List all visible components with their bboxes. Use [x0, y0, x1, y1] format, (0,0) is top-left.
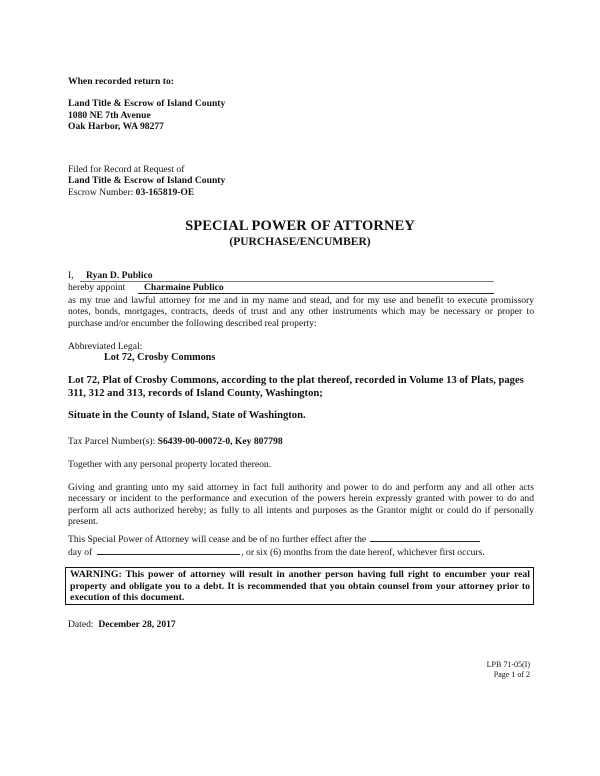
filed-company: Land Title & Escrow of Island County — [68, 175, 225, 186]
granting-paragraph: Giving and granting unto my said attorne… — [68, 482, 534, 528]
grantor-line: I, Ryan D. Publico — [68, 270, 74, 282]
escrow-label: Escrow Number: — [68, 187, 136, 198]
tax-parcel-value: S6439-00-00072-0, Key 807798 — [158, 436, 283, 447]
return-address-block: When recorded return to: Land Title & Es… — [68, 76, 225, 133]
expiration-day-field[interactable] — [370, 532, 480, 542]
expiration-line-1: This Special Power of Attorney will ceas… — [68, 532, 534, 545]
title-subtitle: (PURCHASE/ENCUMBER) — [0, 235, 600, 249]
expiration-line-2: day of, or six (6) months from the date … — [68, 545, 534, 558]
escrow-number-line: Escrow Number: 03-165819-OE — [68, 187, 225, 198]
together-statement: Together with any personal property loca… — [68, 459, 534, 470]
abbreviated-legal-label: Abbreviated Legal: — [68, 341, 534, 352]
filed-for-record-block: Filed for Record at Request of Land Titl… — [68, 164, 225, 198]
grantor-name-field[interactable]: Ryan D. Publico — [80, 270, 494, 282]
dated-label: Dated: — [68, 619, 98, 630]
title-main: SPECIAL POWER OF ATTORNEY — [0, 218, 600, 235]
document-page: When recorded return to: Land Title & Es… — [0, 0, 600, 776]
situate-statement: Situate in the County of Island, State o… — [68, 409, 534, 422]
dated-line: Dated: December 28, 2017 — [68, 619, 534, 630]
day-of-label: day of — [68, 547, 92, 558]
return-heading: When recorded return to: — [68, 76, 225, 87]
tax-parcel-label: Tax Parcel Number(s): — [68, 436, 158, 447]
form-number: LPB 71-05(I) — [430, 660, 530, 670]
warning-box: WARNING: This power of attorney will res… — [65, 567, 534, 605]
dated-value: December 28, 2017 — [98, 619, 175, 630]
document-title: SPECIAL POWER OF ATTORNEY (PURCHASE/ENCU… — [0, 218, 600, 249]
escrow-number: 03-165819-OE — [136, 187, 195, 198]
grantee-name-field[interactable]: Charmaine Publico — [138, 282, 494, 294]
filed-label: Filed for Record at Request of — [68, 164, 225, 175]
grantor-prefix: I, — [68, 270, 74, 281]
form-reference: LPB 71-05(I) Page 1 of 2 — [430, 660, 530, 679]
expiration-clause: This Special Power of Attorney will ceas… — [68, 532, 534, 559]
abbreviated-legal-value: Lot 72, Crosby Commons — [104, 352, 215, 363]
appointment-paragraph: as my true and lawful attorney for me an… — [68, 295, 534, 329]
return-street: 1080 NE 7th Avenue — [68, 110, 225, 121]
grantee-line: hereby appoint Charmaine Publico — [68, 282, 125, 294]
expiration-text: This Special Power of Attorney will ceas… — [68, 534, 366, 545]
return-city: Oak Harbor, WA 98277 — [68, 121, 225, 132]
expiration-tail-text: , or six (6) months from the date hereof… — [241, 547, 485, 558]
page-number: Page 1 of 2 — [430, 670, 530, 680]
expiration-month-field[interactable] — [97, 545, 240, 555]
appoint-label: hereby appoint — [68, 282, 125, 293]
return-company: Land Title & Escrow of Island County — [68, 98, 225, 109]
tax-parcel-line: Tax Parcel Number(s): S6439-00-00072-0, … — [68, 436, 534, 447]
legal-description: Lot 72, Plat of Crosby Commons, accordin… — [68, 374, 538, 400]
